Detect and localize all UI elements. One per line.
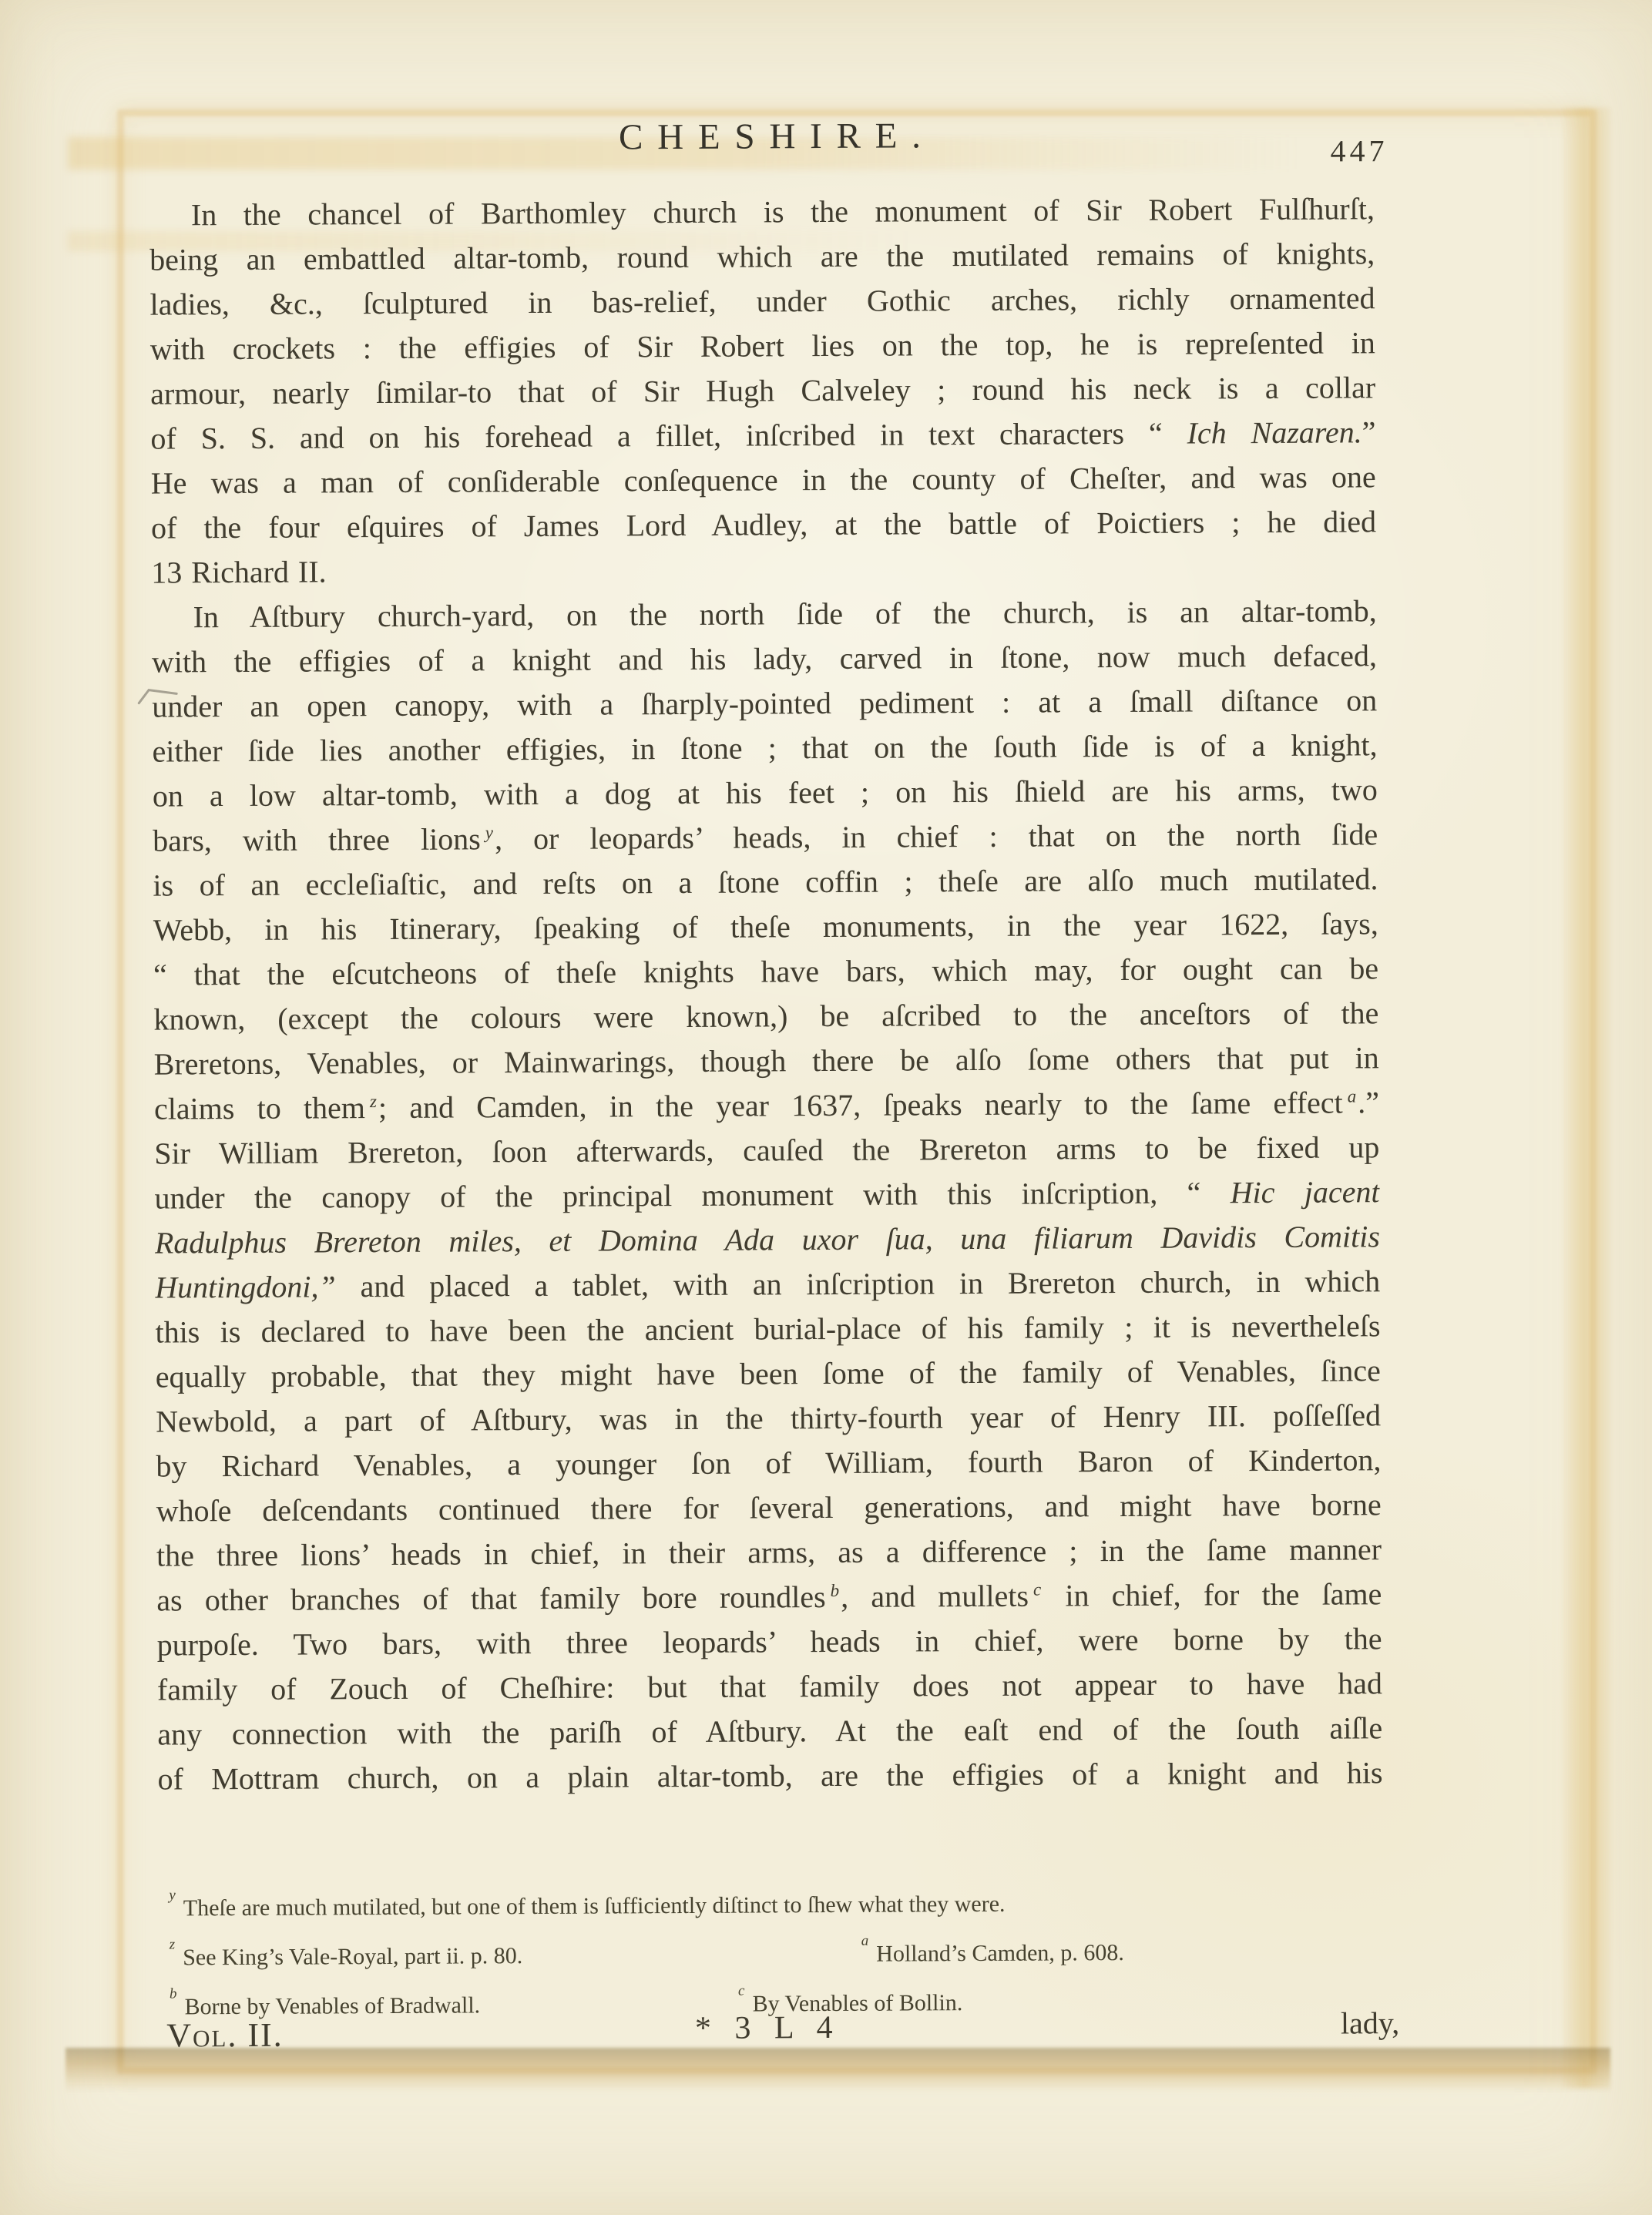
text-line: is of an eccleſiaſtic, and reſts on a ſt… xyxy=(153,857,1378,908)
footnote-reference: y xyxy=(485,823,493,842)
footnote: zSee King’s Vale-Royal, part ii. p. 80. xyxy=(170,1940,523,1974)
footnote-reference: c xyxy=(1033,1580,1041,1599)
footnote-marker: c xyxy=(738,1983,745,1999)
catchword: lady, xyxy=(1341,2005,1400,2041)
text-line: ladies, &c., ſculptured in bas-relief, u… xyxy=(149,276,1375,327)
text-line: 13 Richard II. xyxy=(151,544,1376,595)
italic-text: Hic jacent xyxy=(1231,1174,1380,1210)
text-line: of S. S. and on his forehead a fillet, i… xyxy=(150,410,1375,461)
text-line: known, (except the colours were known,) … xyxy=(153,991,1378,1042)
text-line: by Richard Venables, a younger ſon of Wi… xyxy=(156,1438,1381,1488)
page-footer: Vol. II. * 3 L 4 lady, xyxy=(159,2005,1399,2057)
text-line: of Mottram church, on a plain altar-tomb… xyxy=(157,1750,1382,1801)
text-line: of the four eſquires of James Lord Audle… xyxy=(151,499,1376,550)
text-line: equally probable, that they might have b… xyxy=(156,1348,1381,1399)
text-line: He was a man of conſiderable conſequence… xyxy=(151,455,1376,505)
footnote-text: See King’s Vale-Royal, part ii. p. 80. xyxy=(183,1943,522,1970)
italic-text: Radulphus Brereton miles, et Domina Ada … xyxy=(155,1219,1380,1260)
footnote-row: bBorne by Venables of Bradwall. cBy Vena… xyxy=(159,1985,1422,1992)
text-line: Breretons, Venables, or Mainwarings, tho… xyxy=(154,1035,1379,1086)
text-line: the three lions’ heads in chief, in thei… xyxy=(156,1527,1382,1578)
text-line: Radulphus Brereton miles, et Domina Ada … xyxy=(155,1214,1380,1265)
page-number: 447 xyxy=(1330,133,1388,169)
text-line: Newbold, a part of Aſtbury, was in the t… xyxy=(156,1393,1381,1444)
footnote-row: yTheſe are much mutilated, but one of th… xyxy=(158,1886,1422,1893)
text-line: armour, nearly ſimilar-to that of Sir Hu… xyxy=(150,365,1375,416)
page-content: CHESHIRE. 447 In the chancel of Barthoml… xyxy=(0,0,1652,2215)
footnote-reference: z xyxy=(370,1092,377,1111)
text-line: under an open canopy, with a ſharply-poi… xyxy=(152,678,1377,729)
italic-text: Huntingdoni,” xyxy=(155,1269,336,1304)
footnote-reference: b xyxy=(831,1581,840,1600)
text-line: In the chancel of Barthomley church is t… xyxy=(149,186,1375,237)
text-line: either ſide lies another effigies, in ſt… xyxy=(152,723,1377,774)
text-line: “ that the eſcutcheons of theſe knights … xyxy=(153,946,1378,997)
text-line: bars, with three lionsy, or leopards’ he… xyxy=(153,812,1378,863)
scanned-book-page: CHESHIRE. 447 In the chancel of Barthoml… xyxy=(0,0,1652,2215)
footnote-marker: y xyxy=(169,1887,176,1903)
footnote-row: zSee King’s Vale-Royal, part ii. p. 80. … xyxy=(159,1935,1422,1942)
text-line: Webb, in his Itinerary, ſpeaking of theſ… xyxy=(153,901,1378,952)
footnote-marker: a xyxy=(861,1933,869,1949)
text-line: claims to themz; and Camden, in the year… xyxy=(154,1080,1379,1131)
text-line: with the effigies of a knight and his la… xyxy=(152,633,1377,684)
running-title: CHESHIRE. xyxy=(164,112,1389,160)
text-line: on a low altar-tomb, with a dog at his f… xyxy=(153,767,1378,818)
text-line: In Aſtbury church-yard, on the north ſid… xyxy=(152,589,1377,639)
text-line: with crockets : the effigies of Sir Robe… xyxy=(150,321,1375,371)
text-line: under the canopy of the principal monume… xyxy=(154,1170,1379,1220)
footnote-reference: a xyxy=(1348,1086,1357,1106)
footnote-marker: b xyxy=(170,1985,177,2002)
footnote: yTheſe are much mutilated, but one of th… xyxy=(169,1888,1005,1925)
footnote-text: Holland’s Camden, p. 608. xyxy=(876,1940,1124,1967)
body-text: In the chancel of Barthomley church is t… xyxy=(149,186,1383,1801)
text-line: being an embattled altar-tomb, round whi… xyxy=(149,231,1375,282)
footnotes: yTheſe are much mutilated, but one of th… xyxy=(158,1886,1422,1893)
italic-text: Ich Nazaren. xyxy=(1187,414,1362,450)
volume-label: Vol. II. xyxy=(166,2015,284,2056)
footnote-text: Theſe are much mutilated, but one of the… xyxy=(183,1891,1006,1921)
signature-mark: * 3 L 4 xyxy=(640,2009,895,2048)
text-line: whoſe deſcendants continued there for ſe… xyxy=(156,1482,1382,1533)
text-line: family of Zouch of Cheſhire: but that fa… xyxy=(157,1661,1382,1712)
footnote-marker: z xyxy=(170,1936,176,1952)
text-line: this is declared to have been the ancien… xyxy=(155,1304,1380,1354)
text-line: as other branches of that family bore ro… xyxy=(156,1572,1382,1623)
text-line: Huntingdoni,” and placed a tablet, with … xyxy=(155,1259,1380,1310)
text-line: purpoſe. Two bars, with three leopards’ … xyxy=(156,1616,1382,1667)
text-line: Sir William Brereton, ſoon afterwards, c… xyxy=(154,1125,1379,1176)
footnote: aHolland’s Camden, p. 608. xyxy=(861,1937,1124,1971)
text-line: any connection with the pariſh of Aſtbur… xyxy=(157,1706,1382,1757)
